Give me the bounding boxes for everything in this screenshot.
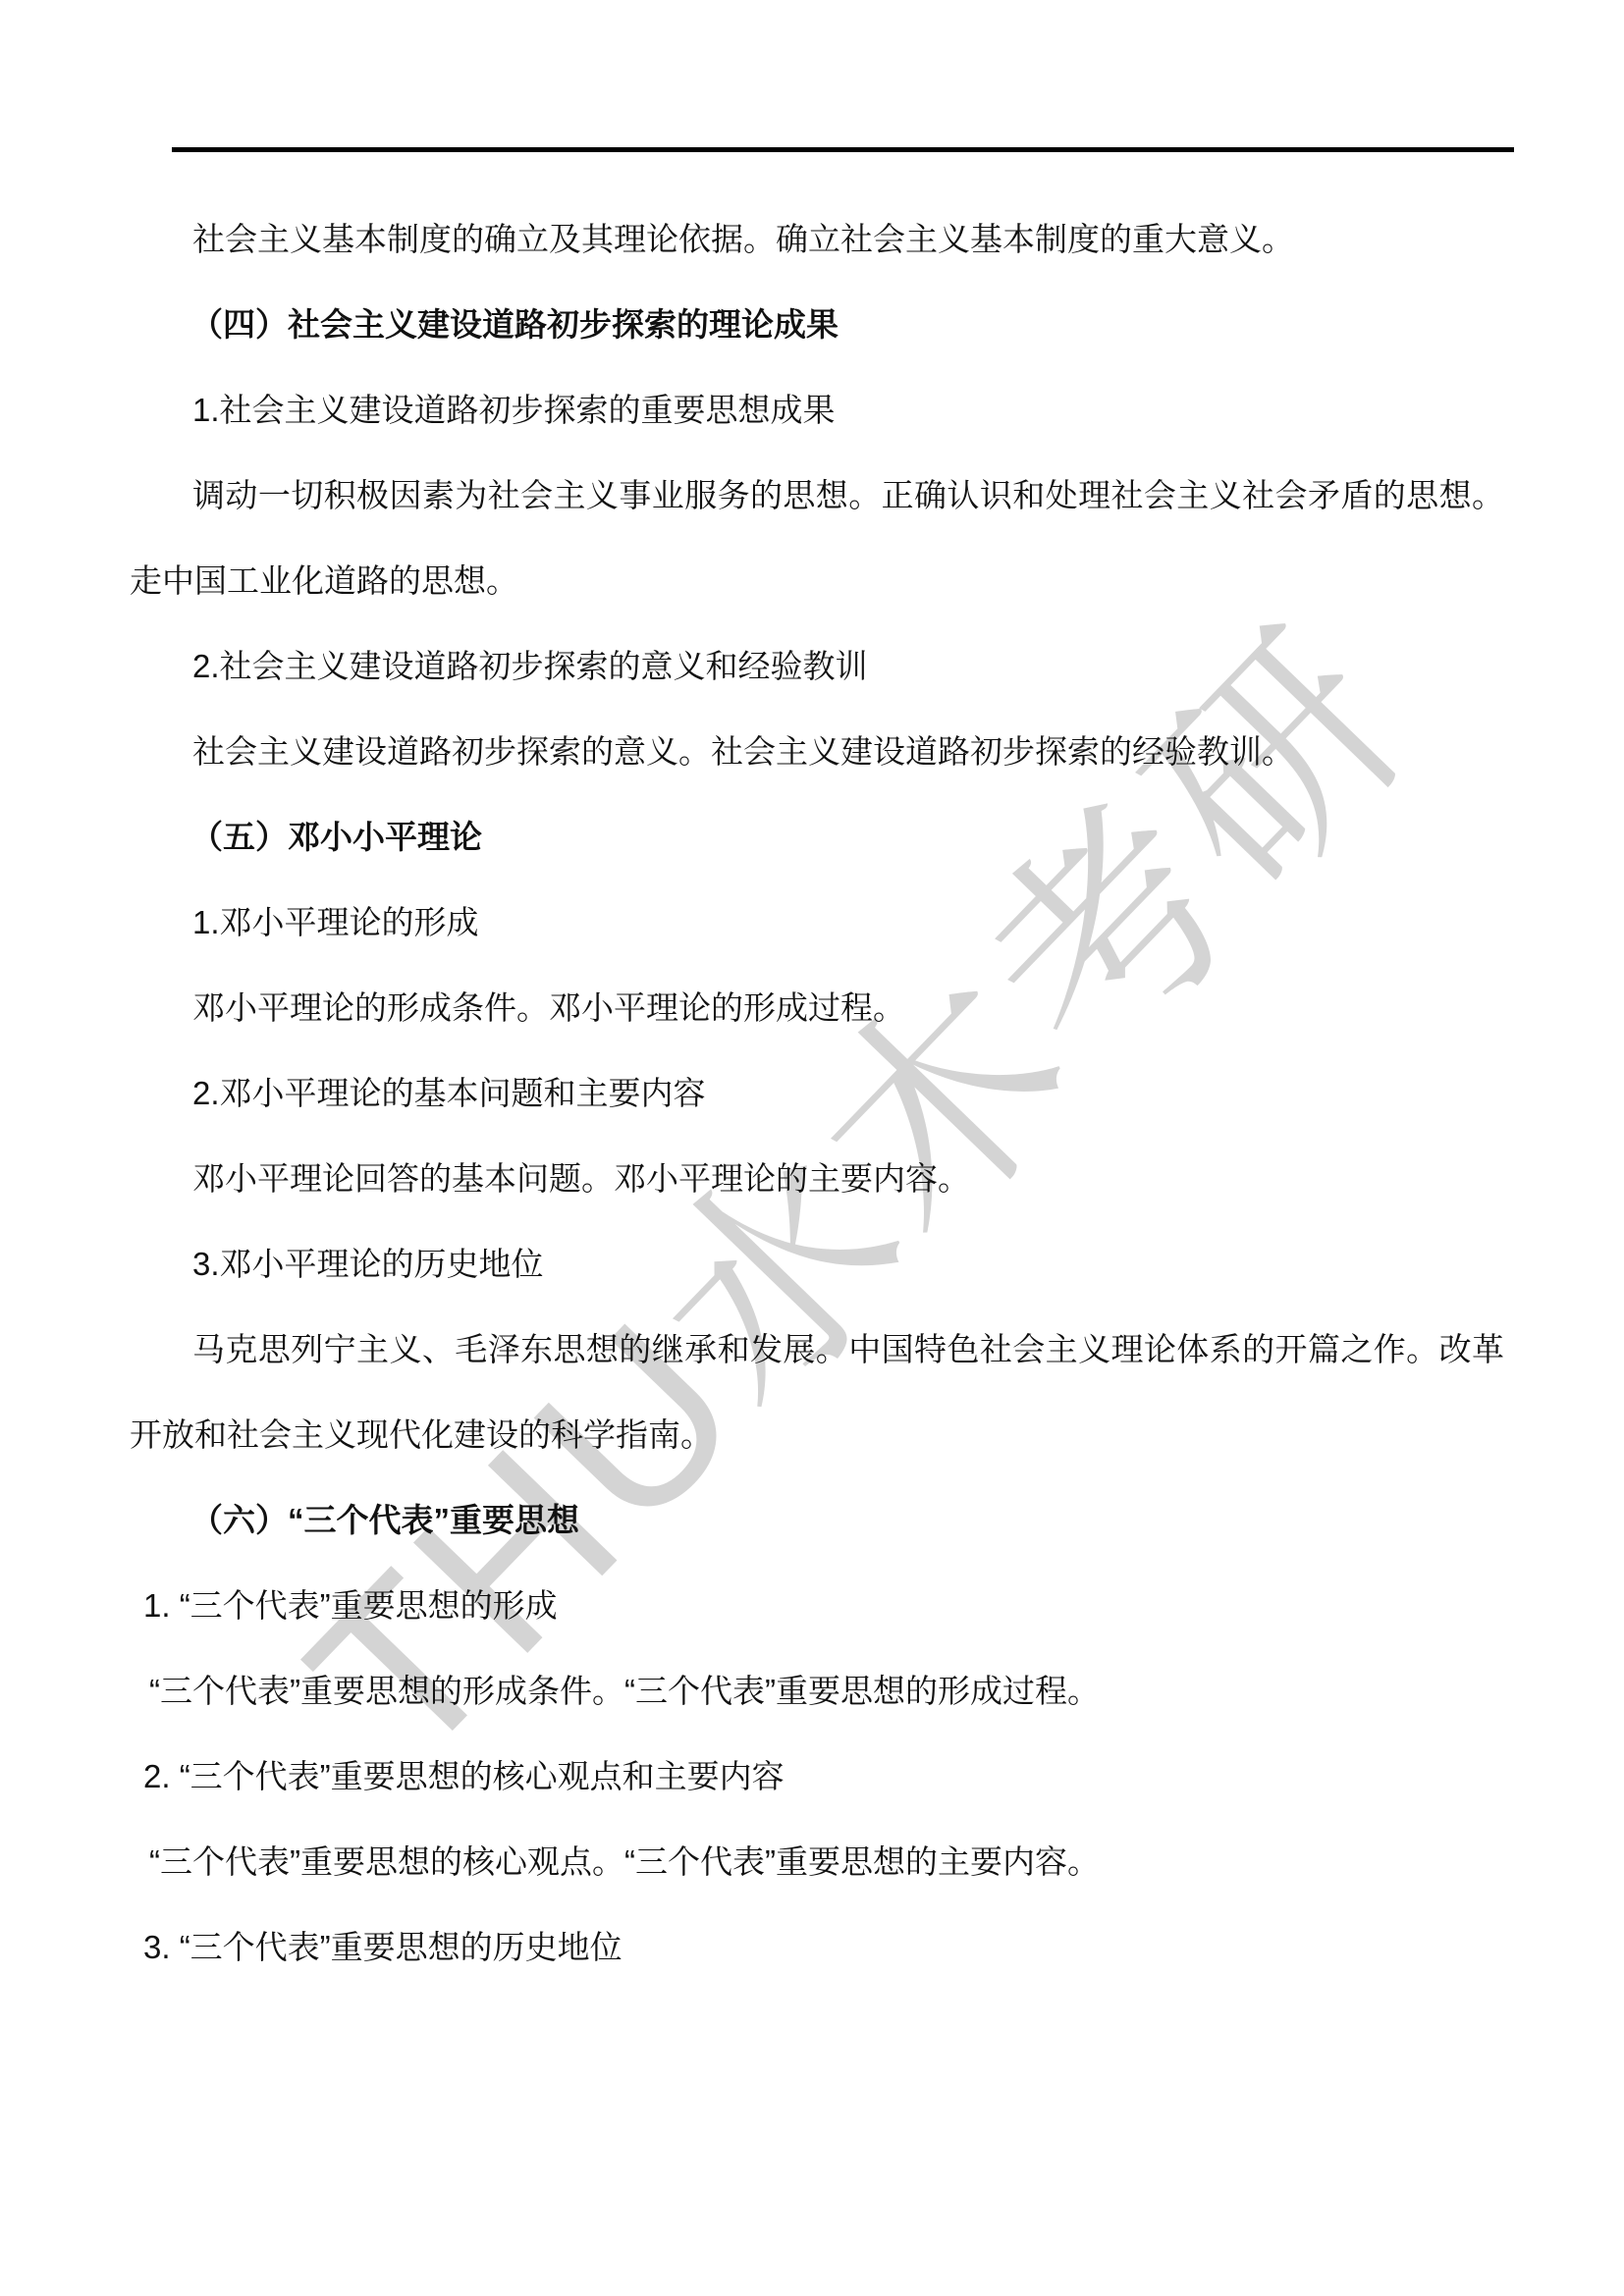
paragraph: 马克思列宁主义、毛泽东思想的继承和发展。中国特色社会主义理论体系的开篇之作。改革… xyxy=(130,1307,1504,1477)
section-heading: （四）社会主义建设道路初步探索的理论成果 xyxy=(130,282,1504,367)
paragraph: 调动一切积极因素为社会主义事业服务的思想。正确认识和处理社会主义社会矛盾的思想。… xyxy=(130,453,1504,623)
paragraph: 2.社会主义建设道路初步探索的意义和经验教训 xyxy=(130,623,1504,709)
paragraph: 邓小平理论回答的基本问题。邓小平理论的主要内容。 xyxy=(130,1136,1504,1221)
numbered-paragraph: 3. “三个代表”重要思想的历史地位 xyxy=(130,1904,1504,1990)
document-body: 社会主义基本制度的确立及其理论依据。确立社会主义基本制度的重大意义。（四）社会主… xyxy=(130,196,1504,1990)
paragraph: “三个代表”重要思想的核心观点。“三个代表”重要思想的主要内容。 xyxy=(130,1819,1504,1904)
paragraph: 1.邓小平理论的形成 xyxy=(130,880,1504,965)
section-heading: （五）邓小小平理论 xyxy=(130,794,1504,880)
numbered-paragraph: 1. “三个代表”重要思想的形成 xyxy=(130,1563,1504,1648)
document-page: THU水木考研 社会主义基本制度的确立及其理论依据。确立社会主义基本制度的重大意… xyxy=(0,0,1624,2296)
paragraph: 3.邓小平理论的历史地位 xyxy=(130,1221,1504,1307)
paragraph: 1.社会主义建设道路初步探索的重要思想成果 xyxy=(130,367,1504,453)
header-rule xyxy=(172,147,1514,152)
paragraph: “三个代表”重要思想的形成条件。“三个代表”重要思想的形成过程。 xyxy=(130,1648,1504,1734)
paragraph: 邓小平理论的形成条件。邓小平理论的形成过程。 xyxy=(130,965,1504,1050)
paragraph: 社会主义建设道路初步探索的意义。社会主义建设道路初步探索的经验教训。 xyxy=(130,709,1504,794)
section-heading: （六）“三个代表”重要思想 xyxy=(130,1477,1504,1563)
numbered-paragraph: 2. “三个代表”重要思想的核心观点和主要内容 xyxy=(130,1734,1504,1819)
paragraph: 2.邓小平理论的基本问题和主要内容 xyxy=(130,1050,1504,1136)
paragraph: 社会主义基本制度的确立及其理论依据。确立社会主义基本制度的重大意义。 xyxy=(130,196,1504,282)
